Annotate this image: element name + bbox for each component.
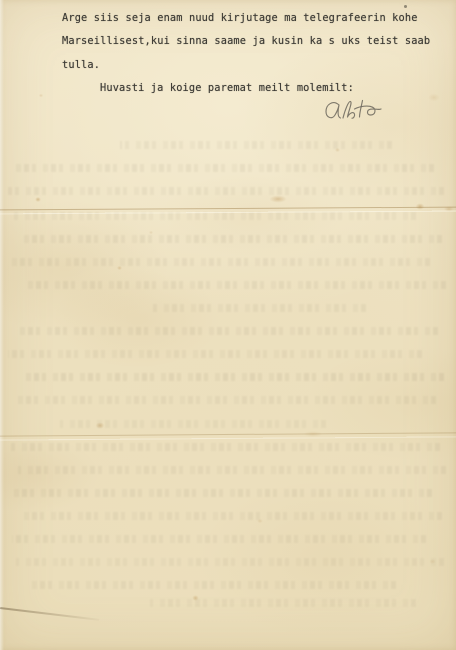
signature-handwriting <box>318 93 388 131</box>
bleedthrough-line <box>12 396 436 404</box>
bleedthrough-line <box>12 535 426 543</box>
bleedthrough-line <box>14 327 438 335</box>
bleedthrough-line <box>10 258 430 266</box>
letter-line-1: Arge siis seja enam nuud kirjutage ma te… <box>62 7 430 30</box>
paper-stain <box>300 430 326 438</box>
bleedthrough-line <box>18 235 442 243</box>
letter-line-2: Marseillisest,kui sinna saame ja kusin k… <box>62 30 430 53</box>
bleedthrough-line <box>18 466 446 474</box>
paper-edge-highlight <box>0 0 4 650</box>
bleedthrough-line <box>12 212 416 220</box>
paper-stain <box>38 93 44 98</box>
bleedthrough-line <box>16 558 444 566</box>
bleedthrough-line <box>150 599 416 607</box>
bleedthrough-line <box>8 187 444 195</box>
bleedthrough-line <box>22 281 446 289</box>
bleedthrough-line <box>30 581 396 589</box>
bleedthrough-line <box>60 420 326 428</box>
bleedthrough-line <box>16 164 434 172</box>
paper-stain <box>414 202 426 211</box>
letter-page: Arge siis seja enam nuud kirjutage ma te… <box>0 0 456 650</box>
corner-crease-bottom-left <box>0 607 99 621</box>
bleedthrough-line <box>120 141 392 149</box>
bleedthrough-line <box>10 443 440 451</box>
fold-crease-bottom <box>0 432 456 439</box>
bleedthrough-line <box>8 350 422 358</box>
bleedthrough-line <box>26 373 444 381</box>
paper-stain <box>34 196 42 203</box>
bleedthrough-line <box>8 489 432 497</box>
paper-stain <box>442 205 456 213</box>
letter-body: Arge siis seja enam nuud kirjutage ma te… <box>62 7 430 101</box>
bleedthrough-line <box>22 512 442 520</box>
bleedthrough-line <box>150 304 366 312</box>
letter-line-3: tulla. <box>62 54 430 77</box>
paper-stain <box>266 194 290 204</box>
